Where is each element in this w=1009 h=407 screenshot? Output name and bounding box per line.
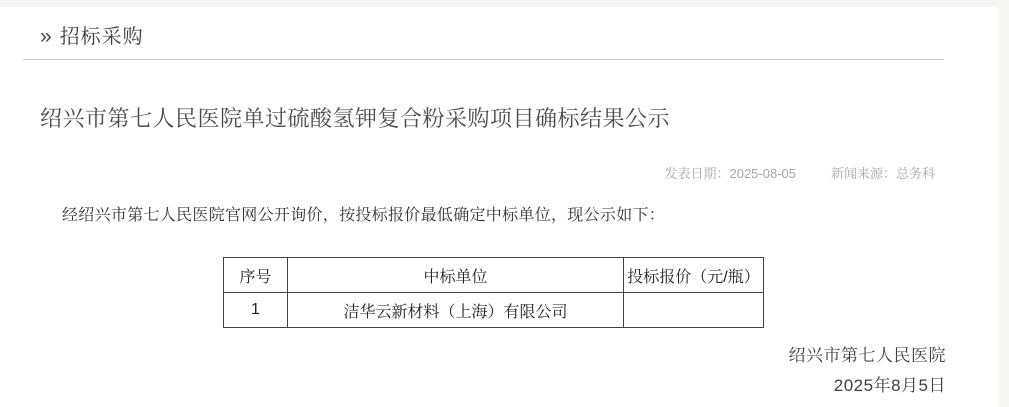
article-body-paragraph: 经绍兴市第七人民医院官网公开询价，按投标报价最低确定中标单位，现公示如下： — [40, 202, 946, 225]
article-meta: 发表日期：2025-08-05新闻来源：总务科 — [40, 163, 946, 182]
section-header: »招标采购 — [40, 0, 946, 49]
bid-result-table: 序号 中标单位 投标报价（元/瓶） 1 洁华云新材料（上海）有限公司 — [223, 257, 764, 328]
signature-date: 2025年8月5日 — [40, 371, 946, 401]
cell-seq: 1 — [224, 293, 288, 328]
header-cell-company: 中标单位 — [288, 258, 624, 293]
header-cell-price: 投标报价（元/瓶） — [624, 258, 764, 293]
table-header-row: 序号 中标单位 投标报价（元/瓶） — [224, 258, 764, 293]
cell-company: 洁华云新材料（上海）有限公司 — [288, 293, 624, 328]
publish-date: 发表日期：2025-08-05 — [664, 166, 796, 181]
table-row: 1 洁华云新材料（上海）有限公司 — [224, 293, 764, 328]
section-divider — [23, 59, 944, 60]
signature-block: 绍兴市第七人民医院 2025年8月5日 — [40, 341, 946, 401]
section-header-label[interactable]: 招标采购 — [60, 26, 144, 48]
cell-price — [624, 293, 764, 328]
article-title: 绍兴市第七人民医院单过硫酸氢钾复合粉采购项目确标结果公示 — [40, 102, 946, 133]
news-source: 新闻来源：总务科 — [831, 166, 935, 181]
double-angle-icon: » — [40, 25, 53, 48]
header-cell-seq: 序号 — [224, 258, 288, 293]
article-content-area: »招标采购 绍兴市第七人民医院单过硫酸氢钾复合粉采购项目确标结果公示 发表日期：… — [0, 0, 1009, 401]
signature-org: 绍兴市第七人民医院 — [40, 341, 946, 371]
